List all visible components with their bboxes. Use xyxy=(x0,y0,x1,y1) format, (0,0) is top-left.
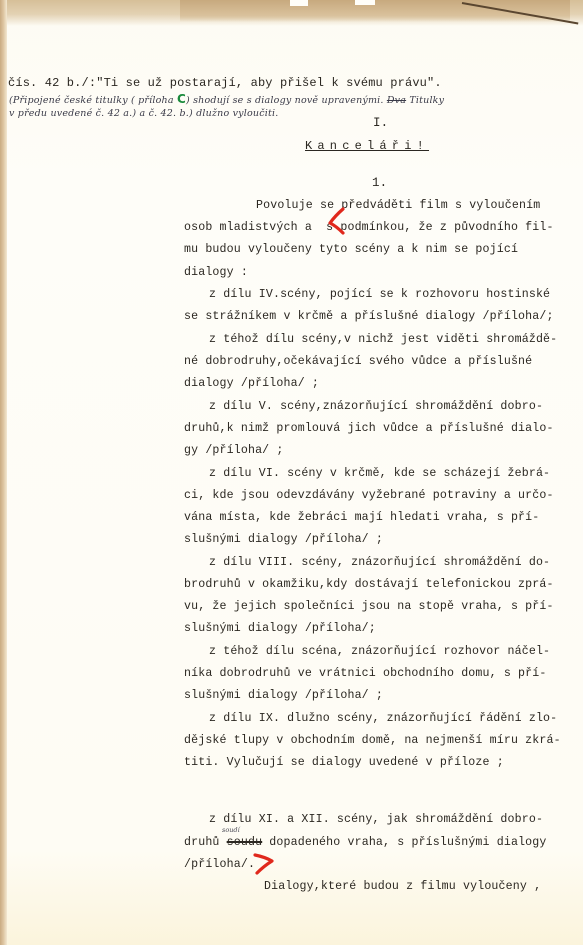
paper-left-edge xyxy=(0,0,7,945)
document-page: čís. 42 b./:"Ti se už postarají, aby při… xyxy=(0,0,583,945)
header-line: čís. 42 b./:"Ti se už postarají, aby při… xyxy=(8,76,442,90)
section-numeral: I. xyxy=(373,116,388,130)
body-line: druhů,k nimž promlouvá jich vůdce a přís… xyxy=(184,422,554,435)
body-line-end: /příloha/. xyxy=(184,858,255,871)
body-line: slušnými dialogy /příloha/ ; xyxy=(184,689,383,702)
body-line: gy /příloha/ ; xyxy=(184,444,284,457)
handwritten-note-line-1: (Připojené české titulky ( příloha C) sh… xyxy=(9,92,444,106)
body-line: z dílu XI. a XII. scény, jak shromáždění… xyxy=(209,813,543,826)
body-line: dialogy /příloha/ ; xyxy=(184,377,319,390)
body-line: z dílu IX. dlužno scény, znázorňující řá… xyxy=(209,712,557,725)
body-line: z téhož dílu scény,v nichž jest viděti s… xyxy=(209,333,557,346)
body-line: Povoluje se předváděti film s vyloučením xyxy=(256,199,540,212)
body-line: z dílu V. scény,znázorňující shromáždění… xyxy=(209,400,543,413)
body-line: dějské tlupy v obchodním domě, na nejmen… xyxy=(184,734,561,747)
text-segment: dopadeného vraha, s příslušnými dialogy xyxy=(262,836,546,849)
struck-word: soudu xyxy=(227,836,263,849)
body-line: mu budou vyloučeny tyto scény a k nim se… xyxy=(184,243,518,256)
body-line: ci, kde jsou odevzdávány vyžebrané potra… xyxy=(184,489,554,502)
body-line: z dílu IV.scény, pojící se k rozhovoru h… xyxy=(209,288,550,301)
body-line: dialogy : xyxy=(184,266,248,279)
body-line: vu, že jejich společníci jsou na stopě v… xyxy=(184,600,554,613)
paper-tear xyxy=(290,0,308,6)
body-line: se strážníkem v krčmě a příslušné dialog… xyxy=(184,310,554,323)
body-line: z dílu VIII. scény, znázorňující shromáž… xyxy=(209,556,550,569)
red-bracket-open-icon xyxy=(326,207,348,235)
handwritten-struck-text: Dva xyxy=(387,95,406,106)
body-line: z téhož dílu scéna, znázorňující rozhovo… xyxy=(209,645,550,658)
paper-top-edge xyxy=(0,0,583,26)
closing-line: Dialogy,které budou z filmu vyloučeny , xyxy=(264,880,541,893)
body-line: vána místa, kde žebráci mají hledati vra… xyxy=(184,511,539,524)
handwritten-note-line-2: v předu uvedené č. 42 a.) a č. 42. b.) d… xyxy=(9,108,278,119)
green-marker-c: C xyxy=(177,92,186,106)
paper-tear xyxy=(355,0,375,5)
page-heading: Kanceláři! xyxy=(305,139,429,153)
red-bracket-close-icon xyxy=(252,852,276,876)
item-number: 1. xyxy=(372,176,387,190)
body-line: né dobrodruhy,očekávající svého vůdce a … xyxy=(184,355,532,368)
handwritten-correction: soudí xyxy=(222,826,240,834)
text-segment: druhů xyxy=(184,836,227,849)
handwritten-text: Titulky xyxy=(406,95,444,106)
body-line: titi. Vylučují se dialogy uvedené v příl… xyxy=(184,756,504,769)
body-line: slušnými dialogy /příloha/; xyxy=(184,622,376,635)
body-line: níka dobrodruhů ve vrátnici obchodního d… xyxy=(184,667,546,680)
body-line: osob mladistvých a s podmínkou, že z pův… xyxy=(184,221,554,234)
body-line-struck: druhů soudu dopadeného vraha, s příslušn… xyxy=(184,836,547,849)
handwritten-text: (Připojené české titulky ( příloha xyxy=(9,95,177,106)
handwritten-text: ) shodují se s dialogy nově upravenými. xyxy=(186,95,387,106)
body-line: brodruhů v okamžiku,kdy dostávají telefo… xyxy=(184,578,554,591)
body-line: slušnými dialogy /příloha/ ; xyxy=(184,533,383,546)
body-line: z dílu VI. scény v krčmě, kde se scházej… xyxy=(209,467,550,480)
